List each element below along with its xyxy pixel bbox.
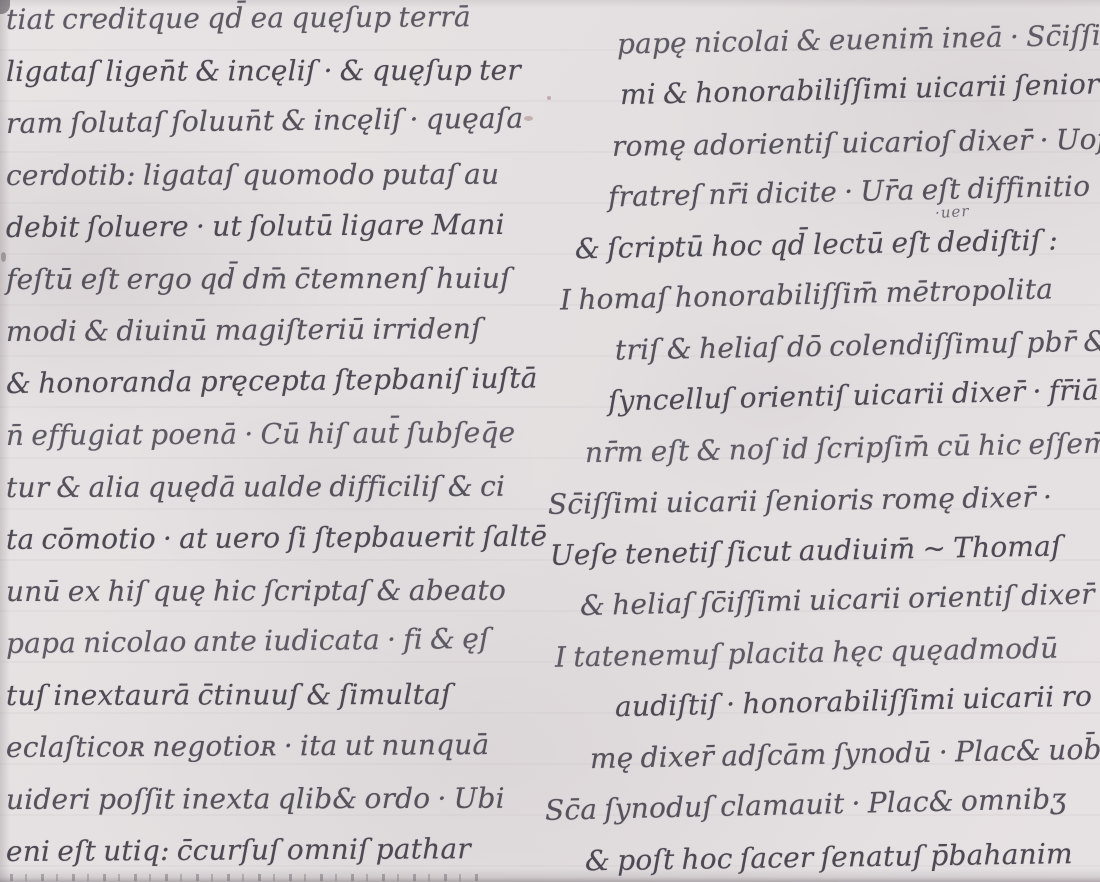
manuscript-line: nr̄m eſt & noſ id ſcripſim̄ cū hic eſſem… (540, 418, 1100, 479)
manuscript-line: & poſt hoc ſacer ſenatuſ p̄bahanim (540, 828, 1100, 882)
manuscript-line: papa nicolao ante iudicata · fi & ęſ (6, 612, 539, 670)
manuscript-line: feſtū eſt ergo qd̄ dm̄ c̄temnenſ huiuſ (6, 253, 538, 306)
manuscript-line: ta cōmotio · at uero ſi ſtepbauerit ſalt… (6, 511, 538, 566)
manuscript-line: unū ex hiſ quę hic ſcriptaſ & abeato (6, 565, 538, 618)
ink-speck-decoration (547, 96, 551, 100)
manuscript-line: eni eſt utiq: c̄curſuſ omniſ pathar (6, 823, 538, 878)
manuscript-line: ligataſ ligen̄t & incęliſ · & quęſup ter (6, 45, 538, 98)
left-text-column: tiat creditque qd̄ ea quęſup terrā ligat… (6, 0, 538, 878)
manuscript-line: ram ſolutaſ ſoluun̄t & incęliſ · quęaſa (6, 92, 539, 150)
manuscript-line: modi & diuinū magiſteriū irridenſ (6, 303, 538, 358)
interlinear-correction-note: ·uer (934, 202, 970, 222)
right-text-column: papę nicolai & euenim̄ ineā · Sc̄iſſi mi… (540, 20, 1100, 882)
ink-speck-decoration (524, 116, 533, 121)
manuscript-line: eclaſticoʀ negotioʀ · ita ut nunquā (6, 719, 538, 774)
manuscript-line: uideri poſſit inexta qlib& ordo · Ubi (6, 773, 538, 826)
manuscript-line: cerdotib: ligataſ quomodo putaſ au (6, 149, 538, 202)
manuscript-line: & honoranda pręcepta ſtepbaniſ iuſtā (6, 352, 539, 410)
manuscript-line: tur & alia quędā ualde difficiliſ & ci (6, 461, 538, 514)
manuscript-line: tiat creditque qd̄ ea quęſup terrā (6, 0, 538, 46)
manuscript-line: n̄ effugiat poenā · Cū hiſ aut̄ ſubſeq̄e (6, 407, 538, 462)
manuscript-page: tiat creditque qd̄ ea quęſup terrā ligat… (0, 0, 1100, 882)
ink-speck-decoration (1, 252, 6, 262)
manuscript-line: tuſ inextaurā c̄tinuuſ & ſimultaſ (6, 669, 538, 722)
manuscript-line: debit ſoluere · ut ſolutū ligare Mani (6, 199, 538, 254)
